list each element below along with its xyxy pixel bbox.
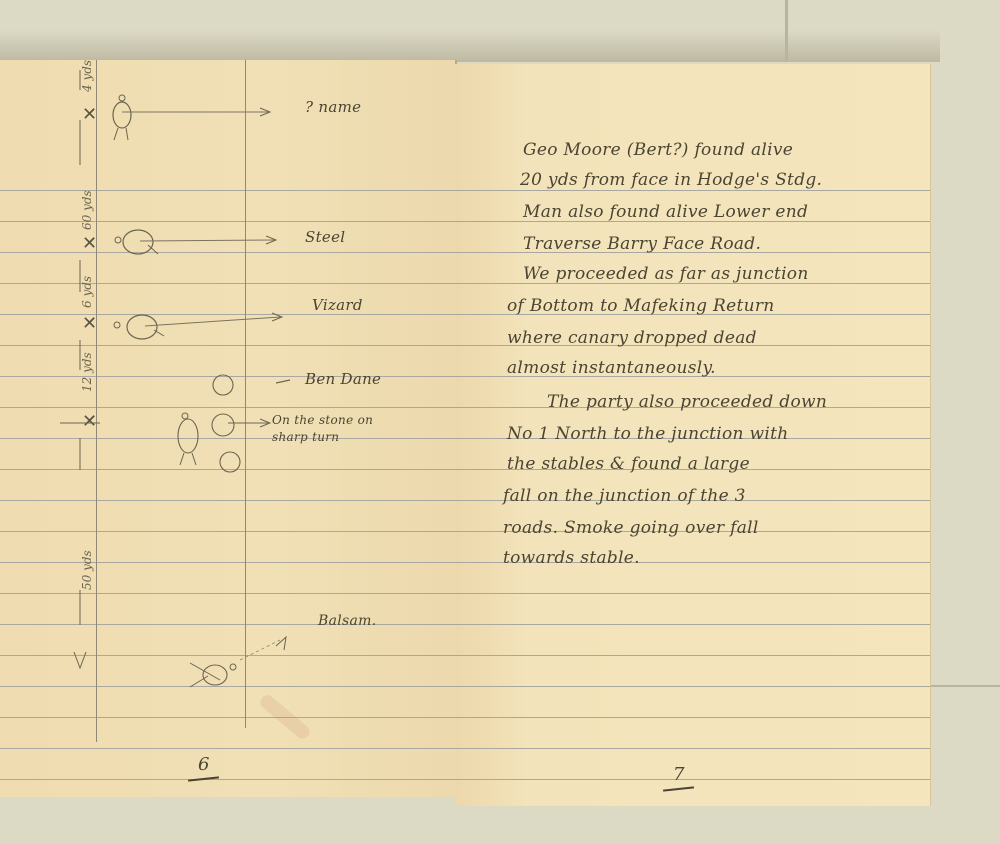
text-line: We proceeded as far as junction <box>523 264 809 284</box>
measurement-line <box>60 60 100 700</box>
text-line: fall on the junction of the 3 <box>503 486 746 506</box>
text-line: of Bottom to Mafeking Return <box>507 296 775 316</box>
left-page: 4 yds ✕ 60 yds ✕ 6 yds ✕ 12 yds ✕ 50 yds <box>0 60 455 797</box>
diagram-label: Ben Dane <box>305 370 381 388</box>
diagram-label: Steel <box>305 228 345 246</box>
page-number-left: 6 <box>198 754 209 775</box>
diagram-label: Vizard <box>312 296 363 314</box>
text-line: the stables & found a large <box>507 454 750 474</box>
diagram-label: On the stone on sharp turn <box>272 412 382 446</box>
background-tile-seam <box>785 0 788 62</box>
text-line: where canary dropped dead <box>507 328 757 348</box>
background-shadow <box>0 30 940 62</box>
page-number-right: 7 <box>673 764 684 785</box>
text-line: towards stable. <box>503 548 640 568</box>
right-page: Geo Moore (Bert?) found alive 20 yds fro… <box>455 64 931 806</box>
text-line: The party also proceeded down <box>547 392 827 412</box>
diagram-label: ? name <box>305 98 361 116</box>
text-line: almost instantaneously. <box>507 358 716 378</box>
background-tile-seam <box>930 685 1000 687</box>
text-line: Traverse Barry Face Road. <box>523 234 761 254</box>
text-line: 20 yds from face in Hodge's Stdg. <box>520 170 822 190</box>
text-line: Man also found alive Lower end <box>523 202 808 222</box>
text-line: roads. Smoke going over fall <box>503 518 759 538</box>
body-figure-diagram <box>100 80 440 720</box>
notebook: 4 yds ✕ 60 yds ✕ 6 yds ✕ 12 yds ✕ 50 yds <box>0 60 930 806</box>
text-line: Geo Moore (Bert?) found alive <box>523 140 793 160</box>
text-line: No 1 North to the junction with <box>507 424 788 444</box>
diagram-label: Balsam. <box>318 613 376 629</box>
